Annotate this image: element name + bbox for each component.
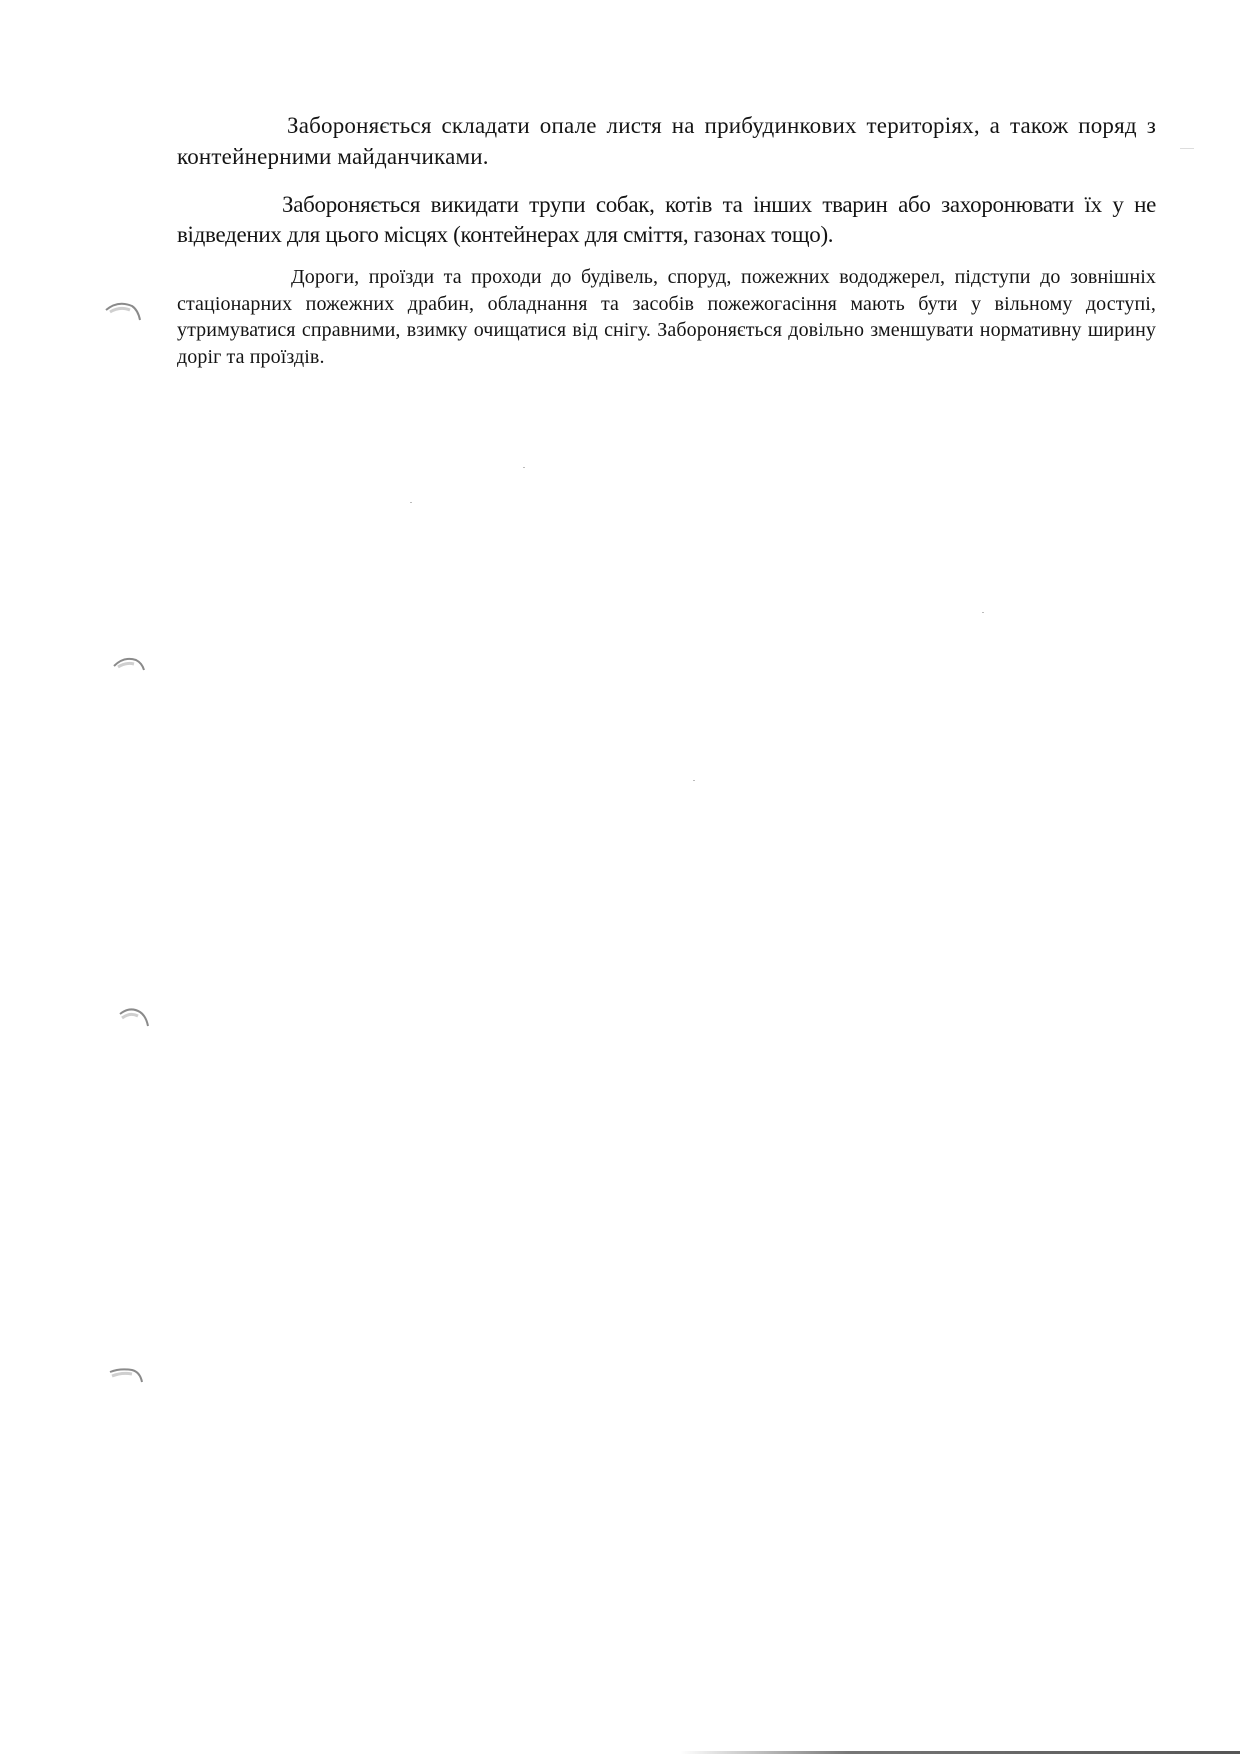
hole-punch-mark-icon — [116, 1004, 150, 1022]
scan-speck — [523, 467, 525, 468]
scan-speck — [1180, 148, 1194, 149]
scan-speck — [693, 780, 695, 781]
paragraph-text: Забороняється викидати трупи собак, коті… — [177, 192, 1156, 247]
paragraph-text: Забороняється складати опале листя на пр… — [177, 113, 1156, 169]
paragraph-fire-access-roads: Дороги, проїзди та проходи до будівель, … — [177, 264, 1156, 370]
scan-speck — [410, 502, 412, 503]
hole-punch-mark-icon — [104, 298, 138, 316]
scan-speck — [982, 612, 984, 613]
hole-punch-mark-icon — [112, 654, 146, 672]
paragraph-text: Дороги, проїзди та проходи до будівель, … — [177, 266, 1156, 368]
paragraph-animal-disposal: Забороняється викидати трупи собак, коті… — [177, 190, 1156, 250]
hole-punch-mark-icon — [108, 1362, 142, 1380]
paragraph-fallen-leaves: Забороняється складати опале листя на пр… — [177, 110, 1156, 172]
scanned-document-page: Забороняється складати опале листя на пр… — [0, 0, 1240, 1754]
